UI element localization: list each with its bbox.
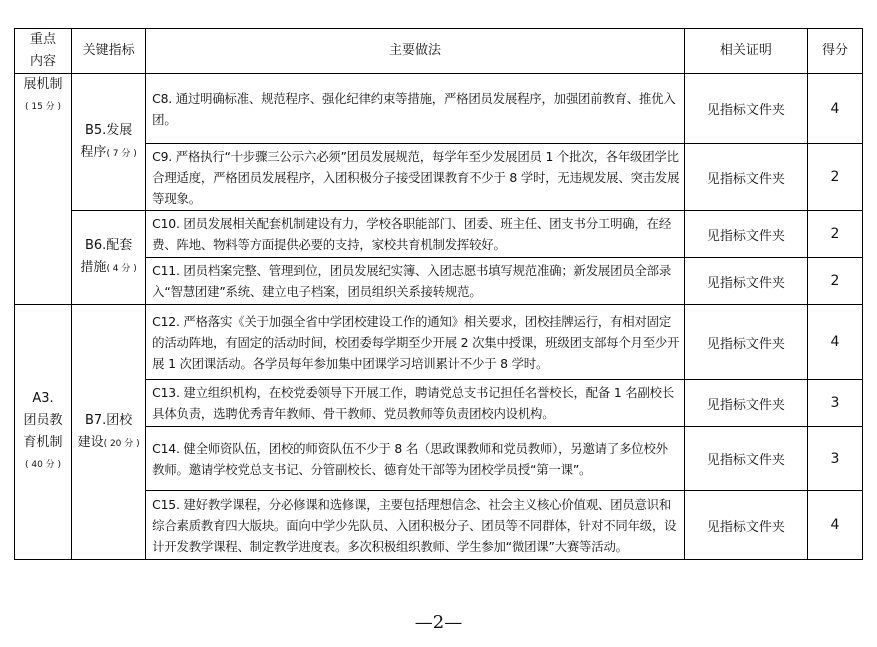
method-cell: C13. 建立组织机构，在校党委领导下开展工作，聘请党总支书记担任名誉校长，配备…	[146, 380, 685, 427]
indicator-name-text: 程序	[80, 145, 106, 160]
indicator-name-text: 建设	[78, 435, 104, 450]
method-cell: C9. 严格执行“十步骤三公示六必须”团员发展规范，每学年至少发展团员 1 个批…	[146, 144, 685, 211]
indicator-name-line2: 程序( 7 分 )	[72, 142, 145, 165]
header-key-content-line2: 内容	[15, 51, 71, 73]
header-key-content: 重点 内容	[15, 29, 72, 74]
proof-cell: 见指标文件夹	[684, 144, 807, 211]
indicator-points: ( 7 分 )	[106, 149, 136, 159]
page-number: —2—	[0, 612, 877, 633]
indicator-points: ( 20 分 )	[104, 439, 140, 449]
key-content-points: ( 15 分 )	[15, 96, 71, 118]
key-content-cell: 展机制 ( 15 分 )	[15, 74, 72, 305]
score-cell: 2	[807, 144, 862, 211]
indicator-name: B5.发展	[72, 120, 145, 142]
header-score: 得分	[807, 29, 862, 74]
indicator-points: ( 4 分 )	[106, 264, 136, 274]
proof-cell: 见指标文件夹	[684, 211, 807, 258]
key-content-points: ( 40 分 )	[15, 454, 71, 476]
indicator-cell: B7.团校 建设( 20 分 )	[72, 305, 146, 560]
proof-cell: 见指标文件夹	[684, 380, 807, 427]
table-header-row: 重点 内容 关键指标 主要做法 相关证明 得分	[15, 29, 863, 74]
header-key-content-line1: 重点	[15, 29, 71, 51]
header-proof: 相关证明	[684, 29, 807, 74]
header-main-method: 主要做法	[146, 29, 685, 74]
header-key-indicator: 关键指标	[72, 29, 146, 74]
score-cell: 2	[807, 258, 862, 305]
score-cell: 4	[807, 74, 862, 144]
proof-cell: 见指标文件夹	[684, 491, 807, 560]
proof-cell: 见指标文件夹	[684, 305, 807, 380]
method-cell: C11. 团员档案完整、管理到位，团员发展纪实簿、入团志愿书填写规范准确；新发展…	[146, 258, 685, 305]
table-row: B6.配套 措施( 4 分 ) C10. 团员发展相关配套机制建设有力，学校各职…	[15, 211, 863, 258]
key-content-label-line1: 团员教	[15, 410, 71, 432]
method-cell: C14. 健全师资队伍，团校的师资队伍不少于 8 名（思政课教师和党员教师），另…	[146, 427, 685, 491]
key-content-cell: A3. 团员教 育机制 ( 40 分 )	[15, 305, 72, 560]
document-page: 重点 内容 关键指标 主要做法 相关证明 得分 展机制 ( 15 分 ) B5.…	[0, 0, 877, 647]
score-cell: 3	[807, 427, 862, 491]
evaluation-table: 重点 内容 关键指标 主要做法 相关证明 得分 展机制 ( 15 分 ) B5.…	[14, 28, 863, 560]
indicator-name-line2: 措施( 4 分 )	[72, 257, 145, 280]
indicator-cell: B6.配套 措施( 4 分 )	[72, 211, 146, 305]
method-cell: C12. 严格落实《关于加强全省中学团校建设工作的通知》相关要求，团校挂牌运行，…	[146, 305, 685, 380]
indicator-name: B7.团校	[72, 410, 145, 432]
indicator-name-line2: 建设( 20 分 )	[72, 432, 145, 455]
key-content-label: 展机制	[15, 74, 71, 96]
method-cell: C8. 通过明确标准、规范程序、强化纪律约束等措施，严格团员发展程序，加强团前教…	[146, 74, 685, 144]
indicator-cell: B5.发展 程序( 7 分 )	[72, 74, 146, 211]
method-cell: C10. 团员发展相关配套机制建设有力，学校各职能部门、团委、班主任、团支书分工…	[146, 211, 685, 258]
proof-cell: 见指标文件夹	[684, 74, 807, 144]
table-row: A3. 团员教 育机制 ( 40 分 ) B7.团校 建设( 20 分 ) C1…	[15, 305, 863, 380]
score-cell: 2	[807, 211, 862, 258]
indicator-name: B6.配套	[72, 235, 145, 257]
score-cell: 4	[807, 491, 862, 560]
indicator-name-text: 措施	[80, 260, 106, 275]
key-content-label-line2: 育机制	[15, 432, 71, 454]
score-cell: 3	[807, 380, 862, 427]
proof-cell: 见指标文件夹	[684, 258, 807, 305]
key-content-code: A3.	[15, 388, 71, 410]
table-row: 展机制 ( 15 分 ) B5.发展 程序( 7 分 ) C8. 通过明确标准、…	[15, 74, 863, 144]
method-cell: C15. 建好教学课程，分必修课和选修课，主要包括理想信念、社会主义核心价值观、…	[146, 491, 685, 560]
proof-cell: 见指标文件夹	[684, 427, 807, 491]
score-cell: 4	[807, 305, 862, 380]
